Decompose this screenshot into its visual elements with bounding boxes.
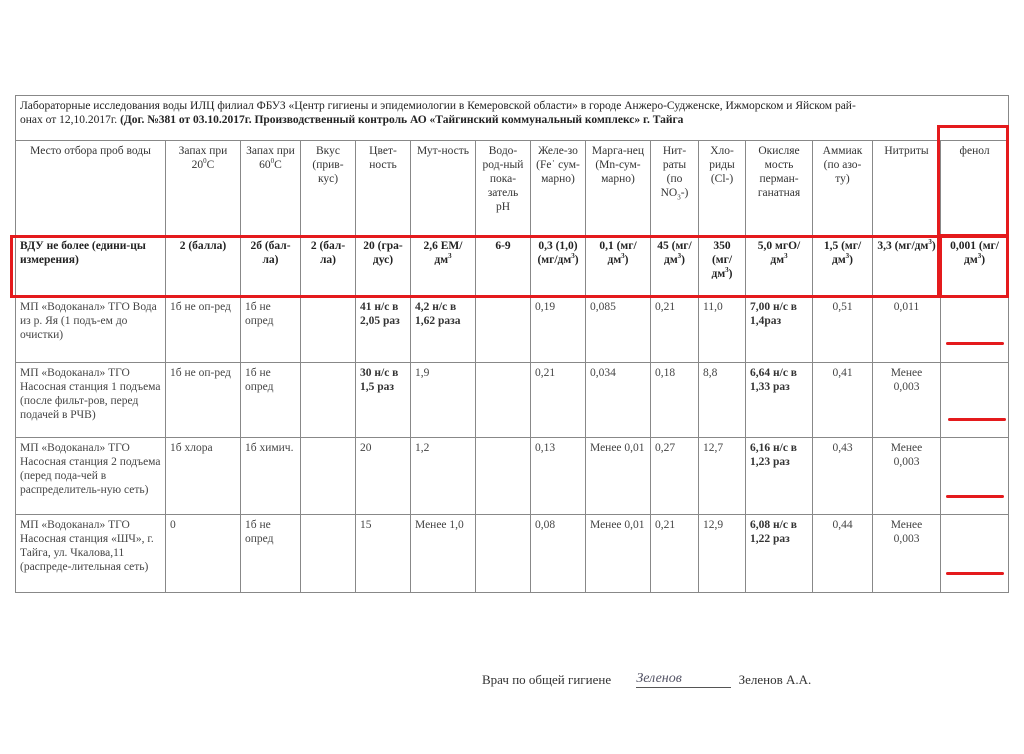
cell-smell20: 1б не оп-ред (166, 297, 241, 363)
cell-color: 30 н/с в 1,5 раз (356, 363, 411, 438)
cell-iron: 0,08 (531, 515, 586, 593)
limit-value: 350 (мг/дм3) (699, 236, 746, 297)
cell-chlorides: 12,7 (699, 438, 746, 515)
cell-phenol (941, 438, 1009, 515)
limit-value: 3,3 (мг/дм3) (873, 236, 941, 297)
cell-nitrites: Менее 0,003 (873, 515, 941, 593)
phenol-empty-mark-4 (946, 572, 1004, 575)
cell-ammonia: 0,51 (813, 297, 873, 363)
cell-oxidability: 6,64 н/с в 1,33 раз (746, 363, 813, 438)
phenol-empty-mark-3 (946, 495, 1004, 498)
limit-value: 2б (бал-ла) (241, 236, 301, 297)
cell-nitrates: 0,27 (651, 438, 699, 515)
cell-turbidity: 1,2 (411, 438, 476, 515)
sampling-place: МП «Водоканал» ТГО Насосная станция 1 по… (16, 363, 166, 438)
column-header: Окисляе мость перман-ганатная (746, 141, 813, 236)
cell-smell20: 1б хлора (166, 438, 241, 515)
limit-value: 20 (гра-дус) (356, 236, 411, 297)
sampling-place: МП «Водоканал» ТГО Насосная станция «ШЧ»… (16, 515, 166, 593)
cell-ammonia: 0,41 (813, 363, 873, 438)
table-row: МП «Водоканал» ТГО Насосная станция «ШЧ»… (16, 515, 1009, 593)
header-row: Место отбора проб водыЗапах при 200СЗапа… (16, 141, 1009, 236)
limit-value: 2 (балла) (166, 236, 241, 297)
signature-block: Врач по общей гигиене Зеленов Зеленов А.… (482, 672, 811, 690)
column-header: Нит-раты (по NO3-) (651, 141, 699, 236)
limit-value: 0,1 (мг/дм3) (586, 236, 651, 297)
sampling-place: МП «Водоканал» ТГО Вода из р. Яя (1 подъ… (16, 297, 166, 363)
cell-phenol (941, 363, 1009, 438)
cell-nitrites: Менее 0,003 (873, 363, 941, 438)
cell-iron: 0,21 (531, 363, 586, 438)
signer-name: Зеленов А.А. (739, 672, 812, 687)
cell-ph (476, 297, 531, 363)
cell-ph (476, 438, 531, 515)
cell-turbidity: 4,2 н/с в 1,62 раза (411, 297, 476, 363)
cell-ammonia: 0,43 (813, 438, 873, 515)
cell-smell20: 0 (166, 515, 241, 593)
column-header: Водо-род-ный пока-затель pH (476, 141, 531, 236)
cell-manganese: 0,085 (586, 297, 651, 363)
table-row: МП «Водоканал» ТГО Вода из р. Яя (1 подъ… (16, 297, 1009, 363)
cell-nitrates: 0,21 (651, 297, 699, 363)
limit-value: 2,6 ЕМ/дм3 (411, 236, 476, 297)
limits-label: ВДУ не более (едини-цы измерения) (16, 236, 166, 297)
cell-color: 20 (356, 438, 411, 515)
limit-value: 5,0 мгО/дм3 (746, 236, 813, 297)
title-line-2-prefix: онах от 12,10.2017г. (20, 114, 120, 126)
limit-value: 45 (мг/дм3) (651, 236, 699, 297)
cell-chlorides: 12,9 (699, 515, 746, 593)
column-header: Аммиак (по азо-ту) (813, 141, 873, 236)
cell-ammonia: 0,44 (813, 515, 873, 593)
cell-chlorides: 8,8 (699, 363, 746, 438)
limit-value: 1,5 (мг/дм3) (813, 236, 873, 297)
phenol-empty-mark-1 (946, 342, 1004, 345)
document-title: Лабораторные исследования воды ИЛЦ филиа… (16, 96, 1009, 141)
phenol-empty-mark-2 (948, 418, 1006, 421)
cell-iron: 0,19 (531, 297, 586, 363)
cell-taste (301, 297, 356, 363)
cell-nitrites: Менее 0,003 (873, 438, 941, 515)
signer-position: Врач по общей гигиене (482, 672, 611, 688)
limit-value: 2 (бал-ла) (301, 236, 356, 297)
column-header: Запах при 200С (166, 141, 241, 236)
cell-oxidability: 7,00 н/с в 1,4раз (746, 297, 813, 363)
cell-smell60: 1б не опред (241, 297, 301, 363)
column-header: Мут-ность (411, 141, 476, 236)
sampling-place: МП «Водоканал» ТГО Насосная станция 2 по… (16, 438, 166, 515)
cell-manganese: 0,034 (586, 363, 651, 438)
table-row: МП «Водоканал» ТГО Насосная станция 2 по… (16, 438, 1009, 515)
column-header: Марга-нец (Mn-сум-марно) (586, 141, 651, 236)
column-header: Желе-зо (Fe˙ сум-марно) (531, 141, 586, 236)
cell-chlorides: 11,0 (699, 297, 746, 363)
cell-manganese: Менее 0,01 (586, 438, 651, 515)
document-page: Лабораторные исследования воды ИЛЦ филиа… (0, 0, 1024, 754)
column-header: Хло-риды (Cl-) (699, 141, 746, 236)
cell-ph (476, 363, 531, 438)
cell-ph (476, 515, 531, 593)
cell-turbidity: 1,9 (411, 363, 476, 438)
cell-smell60: 1б не опред (241, 515, 301, 593)
water-analysis-table: Лабораторные исследования воды ИЛЦ филиа… (15, 95, 1009, 593)
handwritten-signature: Зеленов (636, 671, 731, 688)
limit-value: 0,001 (мг/дм3) (941, 236, 1009, 297)
cell-turbidity: Менее 1,0 (411, 515, 476, 593)
title-line-2-contract: (Дог. №381 от 03.10.2017г. Производствен… (120, 114, 683, 126)
cell-smell60: 1б не опред (241, 363, 301, 438)
column-header: фенол (941, 141, 1009, 236)
cell-smell20: 1б не оп-ред (166, 363, 241, 438)
cell-phenol (941, 297, 1009, 363)
cell-taste (301, 363, 356, 438)
cell-oxidability: 6,08 н/с в 1,22 раз (746, 515, 813, 593)
column-header: Нитриты (873, 141, 941, 236)
cell-nitrates: 0,18 (651, 363, 699, 438)
limits-row: ВДУ не более (едини-цы измерения)2 (балл… (16, 236, 1009, 297)
cell-smell60: 1б химич. (241, 438, 301, 515)
cell-oxidability: 6,16 н/с в 1,23 раз (746, 438, 813, 515)
cell-color: 41 н/с в 2,05 раз (356, 297, 411, 363)
column-header: Место отбора проб воды (16, 141, 166, 236)
cell-manganese: Менее 0,01 (586, 515, 651, 593)
limit-value: 0,3 (1,0) (мг/дм3) (531, 236, 586, 297)
table-row: МП «Водоканал» ТГО Насосная станция 1 по… (16, 363, 1009, 438)
title-line-1: Лабораторные исследования воды ИЛЦ филиа… (20, 100, 856, 112)
column-header: Цвет-ность (356, 141, 411, 236)
cell-taste (301, 515, 356, 593)
column-header: Вкус (прив-кус) (301, 141, 356, 236)
cell-iron: 0,13 (531, 438, 586, 515)
column-header: Запах при 600С (241, 141, 301, 236)
limit-value: 6-9 (476, 236, 531, 297)
cell-phenol (941, 515, 1009, 593)
cell-nitrites: 0,011 (873, 297, 941, 363)
cell-color: 15 (356, 515, 411, 593)
cell-taste (301, 438, 356, 515)
cell-nitrates: 0,21 (651, 515, 699, 593)
